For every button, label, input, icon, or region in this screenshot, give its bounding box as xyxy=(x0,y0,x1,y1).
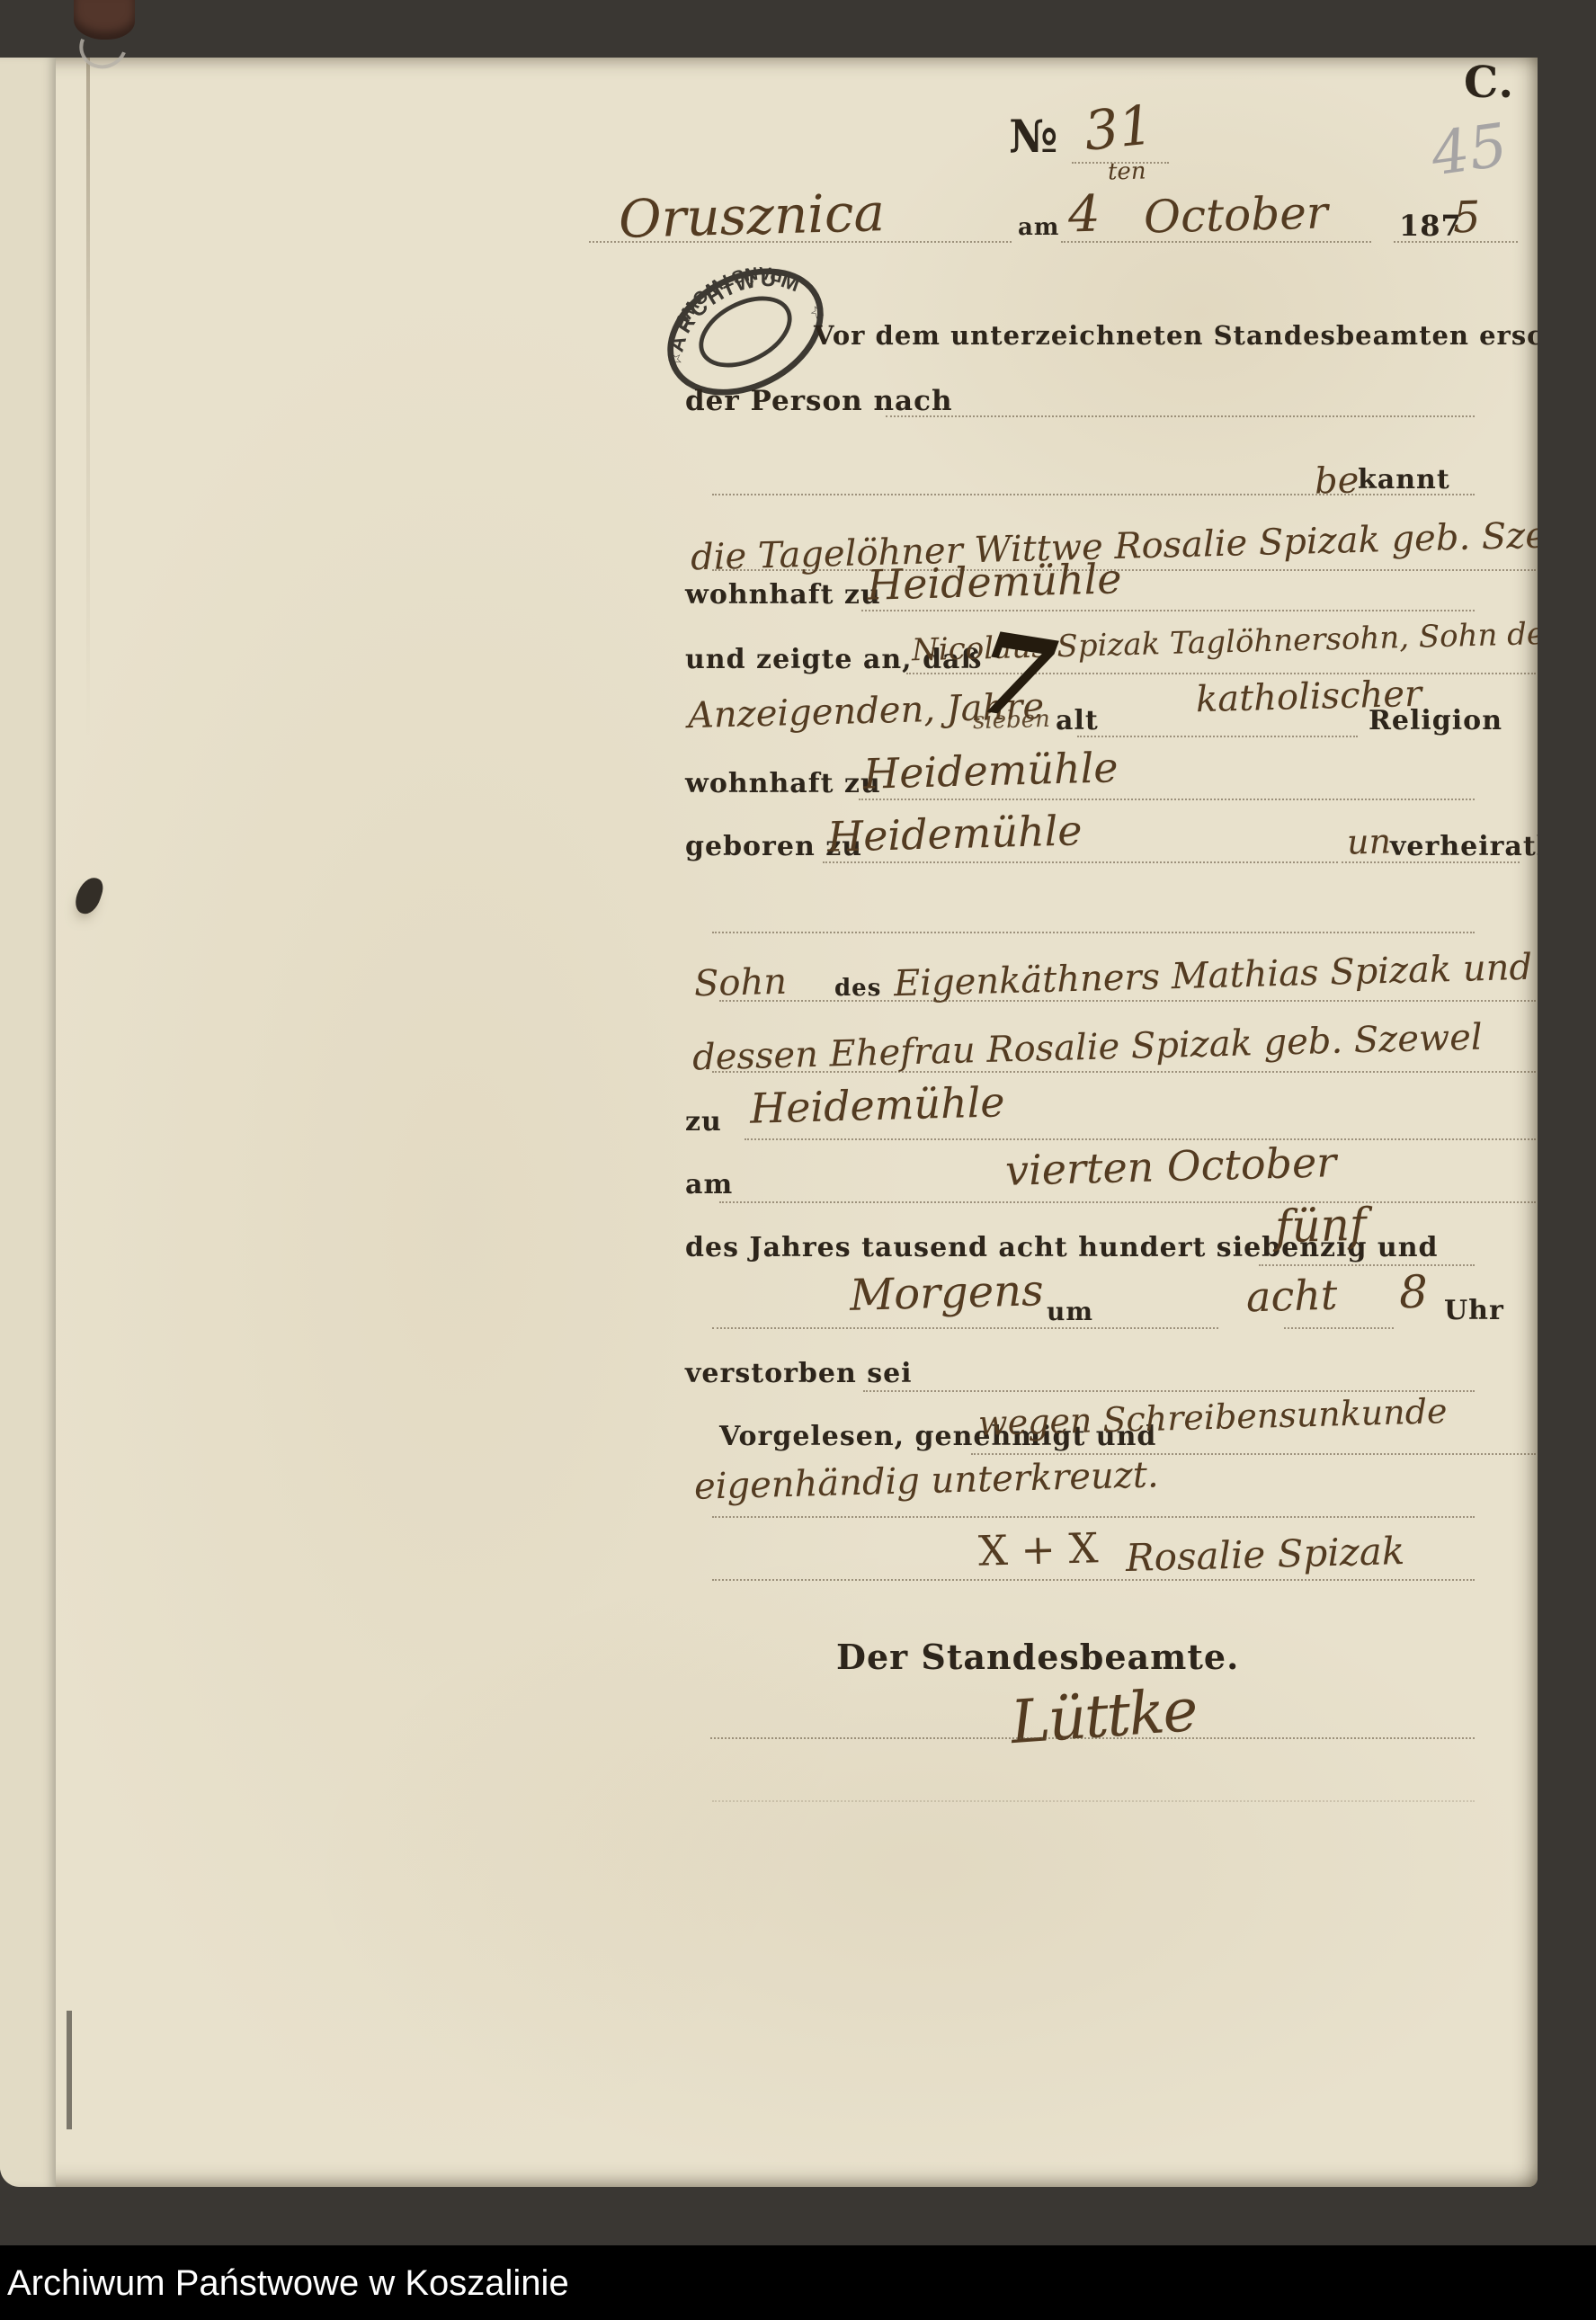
dotted-line xyxy=(745,1138,1536,1140)
dotted-line xyxy=(861,610,1475,611)
death-date-entry: vierten October xyxy=(1004,1138,1336,1195)
document-page: C. 45 № 31 Orusznica am 4 ten October 18… xyxy=(0,58,1538,2187)
um-label: um xyxy=(1047,1297,1093,1326)
dotted-line xyxy=(712,569,1536,571)
verstorben-label: verstorben sei xyxy=(685,1358,913,1389)
wohnhaft-label-2: wohnhaft zu xyxy=(685,768,881,799)
dotted-line xyxy=(1061,241,1371,243)
dotted-line xyxy=(823,861,1338,863)
person-nach-label: der Person nach xyxy=(685,385,953,417)
verheirathet-label: verheirathet xyxy=(1390,831,1538,862)
am-label: am xyxy=(1018,214,1059,241)
bekannt-hand: be xyxy=(1314,460,1359,502)
binding-crease xyxy=(86,58,90,741)
residence-entry-1: Heidemühle xyxy=(866,554,1122,609)
place-name: Orusznica xyxy=(618,182,886,250)
dotted-line xyxy=(886,415,1475,417)
archive-stamp: ARCHIWUM PAŃSTWOWE ☆ ☆ xyxy=(659,259,832,405)
dotted-line xyxy=(719,1201,1536,1203)
alt-label: alt xyxy=(1056,705,1099,736)
signature-marks: X + X xyxy=(977,1523,1099,1575)
record-no-value: 31 xyxy=(1082,94,1156,164)
dotted-line xyxy=(710,1737,1475,1739)
official-signature: Lüttke xyxy=(1009,1675,1199,1757)
sohn-entry: Sohn xyxy=(693,961,787,1005)
dotted-line xyxy=(1342,861,1520,863)
dotted-line xyxy=(712,1327,1218,1329)
des-label: des xyxy=(834,975,881,1002)
dotted-line xyxy=(712,932,1475,933)
dotted-line xyxy=(712,1800,1475,1802)
dotted-line xyxy=(971,1453,1536,1455)
year-digit: 5 xyxy=(1452,192,1481,244)
paper-hole xyxy=(72,874,106,917)
pencil-note: 45 xyxy=(1427,111,1511,190)
dotted-line xyxy=(589,241,1012,243)
unverheirathet-hand: un xyxy=(1346,821,1391,861)
intro-text: Vor dem unterzeichneten Standesbeamten e… xyxy=(814,320,1538,351)
hour-word-entry: acht xyxy=(1245,1271,1338,1322)
father-entry: Eigenkäthners Mathias Spizak und xyxy=(894,947,1533,1005)
birthplace-entry: Heidemühle xyxy=(826,806,1083,861)
dotted-line xyxy=(1077,736,1358,737)
dotted-line xyxy=(712,1579,1475,1581)
dotted-line xyxy=(1284,1327,1394,1329)
day-value: 4 xyxy=(1067,185,1101,245)
wegen-entry: wegen Schreibensunkunde xyxy=(978,1391,1448,1443)
standesbeamte-label: Der Standesbeamte. xyxy=(836,1637,1239,1677)
signer-name-entry: Rosalie Spizak xyxy=(1125,1529,1404,1580)
wohnhaft-label-1: wohnhaft zu xyxy=(685,579,881,611)
dotted-line xyxy=(1394,241,1518,243)
dotted-line xyxy=(719,1000,1536,1002)
am-label-2: am xyxy=(685,1169,733,1200)
month-value: October xyxy=(1143,186,1328,243)
bekannt-printed: kannt xyxy=(1358,464,1450,495)
zu-label: zu xyxy=(685,1106,722,1138)
death-place-entry: Heidemühle xyxy=(749,1077,1005,1132)
morgens-entry: Morgens xyxy=(849,1265,1044,1321)
scan-background: C. 45 № 31 Orusznica am 4 ten October 18… xyxy=(0,0,1596,2320)
dotted-line xyxy=(712,1516,1475,1518)
archive-bar-label: Archiwum Państwowe w Koszalinie xyxy=(7,2263,569,2304)
day-suffix: ten xyxy=(1108,157,1146,185)
record-no-sign: № xyxy=(1009,110,1058,163)
hour-digit-entry: 8 xyxy=(1398,1266,1428,1319)
dotted-line xyxy=(863,1390,1475,1392)
uhr-label: Uhr xyxy=(1444,1295,1504,1326)
religion-label: Religion xyxy=(1369,705,1502,736)
year-word-entry: fünf xyxy=(1274,1199,1367,1254)
residence-entry-2: Heidemühle xyxy=(862,743,1119,798)
dotted-line xyxy=(859,799,1475,800)
spine-shadow xyxy=(67,2011,72,2129)
mother-entry: dessen Ehefrau Rosalie Spizak geb. Szewe… xyxy=(692,1017,1484,1079)
dotted-line xyxy=(712,1071,1536,1073)
dotted-line xyxy=(1259,1264,1475,1266)
page-edge-strip xyxy=(0,58,56,2187)
dotted-line xyxy=(712,494,1475,495)
eigenhaendig-entry: eigenhändig unterkreuzt. xyxy=(693,1454,1159,1508)
archive-bar: Archiwum Państwowe w Koszalinie xyxy=(0,2245,1596,2320)
corner-letter: C. xyxy=(1464,58,1514,108)
